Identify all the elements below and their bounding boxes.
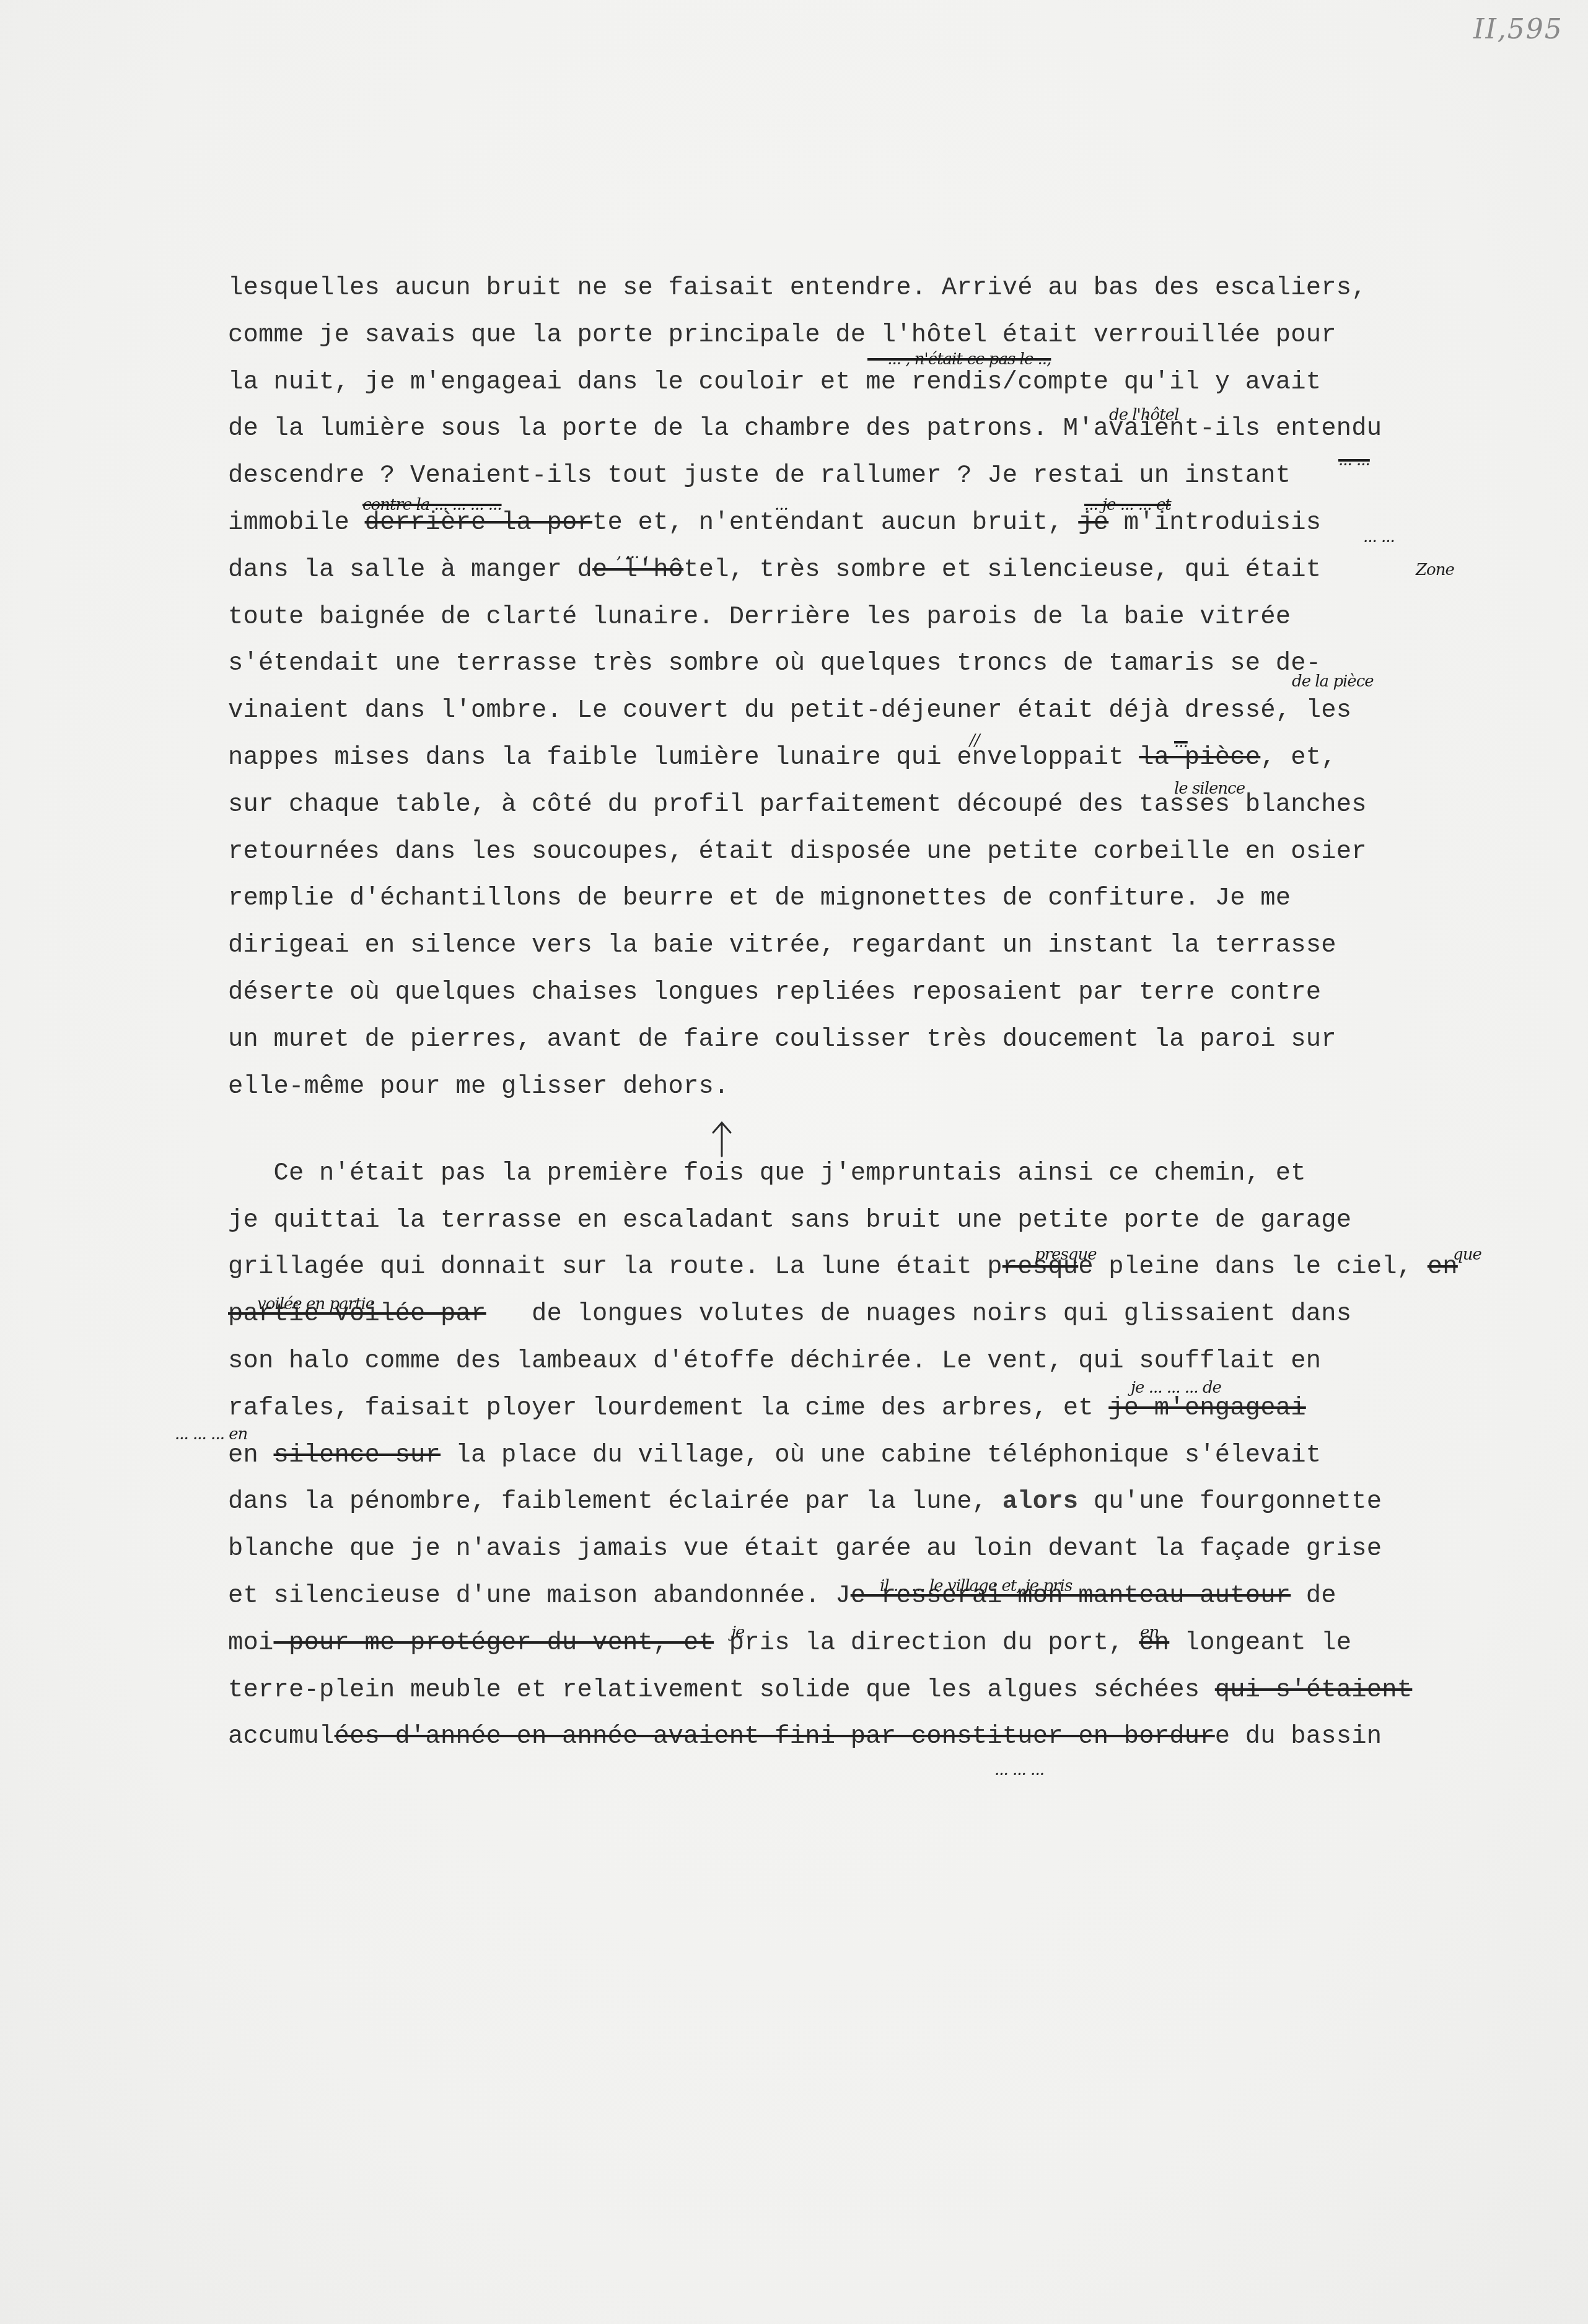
typed-line: la nuit, je m'engageai dans le couloir e…: [228, 367, 1321, 398]
typed-line: grillagée qui donnait sur la route. La l…: [228, 1252, 1458, 1283]
typed-text: immobile: [228, 509, 365, 537]
typed-line: toute baignée de clarté lunaire. Derrièr…: [228, 602, 1291, 633]
typed-text: blanche que je n'avais jamais vue était …: [228, 1535, 1382, 1563]
typed-line: déserte où quelques chaises longues repl…: [228, 977, 1321, 1008]
typed-text: e du bassin: [1215, 1722, 1382, 1751]
handwritten-note: de l'hôtel: [1109, 406, 1178, 424]
deleted-text: la pièce: [1139, 743, 1260, 772]
typed-line: elle-même pour me glisser dehors.: [228, 1071, 729, 1102]
typed-text: et silencieuse d'une maison abandonnée. …: [228, 1582, 851, 1610]
typed-text: tel, très sombre et silencieuse, qui éta…: [683, 556, 1321, 584]
handwritten-note: ...: [774, 496, 788, 514]
typed-line: rafales, faisait ployer lourdement la ci…: [228, 1393, 1306, 1424]
typed-text: dans la pénombre, faiblement éclairée pa…: [228, 1488, 1002, 1516]
typed-line: comme je savais que la porte principale …: [228, 320, 1336, 351]
typed-text: elle-même pour me glisser dehors.: [228, 1072, 729, 1101]
typed-text: dans la salle à manger d: [228, 556, 592, 584]
handwritten-note: je ... ... ... de: [1131, 1379, 1221, 1397]
deleted-text: silence sur: [274, 1441, 441, 1470]
typed-line: s'étendait une terrasse très sombre où q…: [228, 648, 1321, 679]
typed-line: et silencieuse d'une maison abandonnée. …: [228, 1581, 1336, 1611]
typed-text: longeant le: [1169, 1629, 1351, 1657]
typed-line: nappes mises dans la faible lumière luna…: [228, 742, 1336, 773]
typed-text: un muret de pierres, avant de faire coul…: [228, 1025, 1336, 1054]
typed-text: la nuit, je m'engageai dans le couloir e…: [228, 368, 1002, 397]
typed-text: je quittai la terrasse en escaladant san…: [228, 1206, 1351, 1235]
typed-line: vinaient dans l'ombre. Le couvert du pet…: [228, 695, 1351, 726]
insertion-arrow-icon: [709, 1120, 734, 1157]
typed-line: remplie d'échantillons de beurre et de m…: [228, 883, 1291, 914]
typed-text: , et,: [1260, 743, 1336, 772]
typed-text: la place du village, où une cabine télép…: [441, 1441, 1321, 1470]
handwritten-note: il ... ... le village et, je pris: [880, 1577, 1072, 1595]
handwritten-note: ... ... ... en: [175, 1425, 247, 1444]
typed-line: dans la pénombre, faiblement éclairée pa…: [228, 1486, 1382, 1517]
typed-line: dans la salle à manger de l'hôtel, très …: [228, 555, 1321, 585]
handwritten-note: voilée en partie: [257, 1295, 374, 1313]
typed-text: lesquelles aucun bruit ne se faisait ent…: [228, 274, 1367, 302]
typed-line: de la lumière sous la porte de la chambr…: [228, 413, 1382, 444]
typed-text: te et, n'entendant aucun bruit,: [592, 509, 1078, 537]
typed-text: de: [1291, 1582, 1336, 1610]
typed-text: /: [1002, 368, 1018, 397]
handwritten-note: contre la ... ... ... ...: [362, 496, 502, 514]
handwritten-note: //: [970, 731, 980, 750]
typed-text: de longues volutes de nuages noirs qui g…: [486, 1300, 1352, 1328]
deleted-text: pour me protéger du vent, et: [274, 1629, 714, 1657]
typed-line: retournées dans les soucoupes, était dis…: [228, 836, 1367, 867]
typed-line: moi pour me protéger du vent, et pris la…: [228, 1628, 1351, 1659]
handwritten-note: ...: [1174, 733, 1188, 752]
handwritten-note: Zone: [1416, 561, 1454, 579]
handwritten-note: que: [1453, 1245, 1481, 1264]
handwritten-note: , ... ,: [616, 544, 648, 563]
typed-text: son halo comme des lambeaux d'étoffe déc…: [228, 1347, 1321, 1375]
typed-text: moi: [228, 1629, 274, 1657]
typed-text: grillagée qui donnait sur la route. La l…: [228, 1253, 1002, 1281]
typed-text: toute baignée de clarté lunaire. Derrièr…: [228, 603, 1291, 631]
typed-line: Ce n'était pas la première fois que j'em…: [228, 1158, 1306, 1189]
typed-text: dirigeai en silence vers la baie vitrée,…: [228, 931, 1336, 960]
typed-text: déserte où quelques chaises longues repl…: [228, 978, 1321, 1007]
typed-text: nappes mises dans la faible lumière luna…: [228, 743, 1139, 772]
handwritten-note: presque: [1035, 1245, 1097, 1264]
typed-line: accumulées d'année en année avaient fini…: [228, 1721, 1382, 1752]
handwritten-note: de la pièce: [1292, 672, 1374, 691]
handwritten-note: — ... , n'était-ce pas le ..,: [867, 350, 1051, 369]
deleted-text: ées d'année en année avaient fini par co…: [335, 1722, 1215, 1751]
handwritten-note: en: [1140, 1623, 1159, 1642]
handwritten-note: ... je ... ... et: [1084, 496, 1171, 514]
typed-line: en silence sur la place du village, où u…: [228, 1440, 1321, 1471]
typed-text: remplie d'échantillons de beurre et de m…: [228, 884, 1291, 913]
folio-number: II,595: [1473, 14, 1563, 45]
handwritten-note: ... ... ...: [994, 1761, 1044, 1779]
typed-text: rafales, faisait ployer lourdement la ci…: [228, 1394, 1108, 1423]
typed-text: accumul: [228, 1722, 335, 1751]
typed-text: terre-plein meuble et relativement solid…: [228, 1676, 1215, 1704]
handwritten-note: ... ...: [1363, 528, 1395, 546]
handwritten-note: ... ...: [1338, 451, 1370, 470]
typed-text: de la lumière sous la porte de la chambr…: [228, 414, 1382, 443]
typed-line: dirigeai en silence vers la baie vitrée,…: [228, 930, 1336, 961]
typed-text: comme je savais que la porte principale …: [228, 321, 1336, 349]
typed-line: partie voilée par de longues volutes de …: [228, 1299, 1351, 1330]
typed-text: s'étendait une terrasse très sombre où q…: [228, 649, 1321, 678]
typed-line: blanche que je n'avais jamais vue était …: [228, 1533, 1382, 1564]
deleted-text: je m'engageai: [1108, 1394, 1306, 1423]
typed-line: un muret de pierres, avant de faire coul…: [228, 1024, 1336, 1055]
deleted-text: qui s'étaient: [1215, 1676, 1413, 1704]
typed-text: Ce n'était pas la première fois que j'em…: [228, 1159, 1306, 1188]
typed-line: terre-plein meuble et relativement solid…: [228, 1675, 1412, 1706]
typed-text: e pleine dans le ciel,: [1078, 1253, 1428, 1281]
typed-line: son halo comme des lambeaux d'étoffe déc…: [228, 1346, 1321, 1377]
typed-text: compte qu'il y avait: [1017, 368, 1321, 397]
typed-line: je quittai la terrasse en escaladant san…: [228, 1205, 1351, 1236]
handwritten-note: je: [731, 1623, 744, 1642]
handwritten-note: le silence: [1174, 779, 1245, 798]
typed-text: qu'une fourgonnette: [1078, 1488, 1382, 1516]
manuscript-page: II,595 lesquelles aucun bruit ne se fais…: [0, 0, 1588, 2324]
typed-text: descendre ? Venaient-ils tout juste de r…: [228, 462, 1291, 490]
typed-line: lesquelles aucun bruit ne se faisait ent…: [228, 273, 1367, 304]
typed-text: en: [228, 1441, 274, 1470]
typed-text: pris la direction du port,: [714, 1629, 1139, 1657]
typed-line: descendre ? Venaient-ils tout juste de r…: [228, 460, 1291, 491]
typed-text: vinaient dans l'ombre. Le couvert du pet…: [228, 696, 1351, 725]
bold-text: alors: [1002, 1488, 1079, 1516]
typed-text: retournées dans les soucoupes, était dis…: [228, 838, 1367, 866]
